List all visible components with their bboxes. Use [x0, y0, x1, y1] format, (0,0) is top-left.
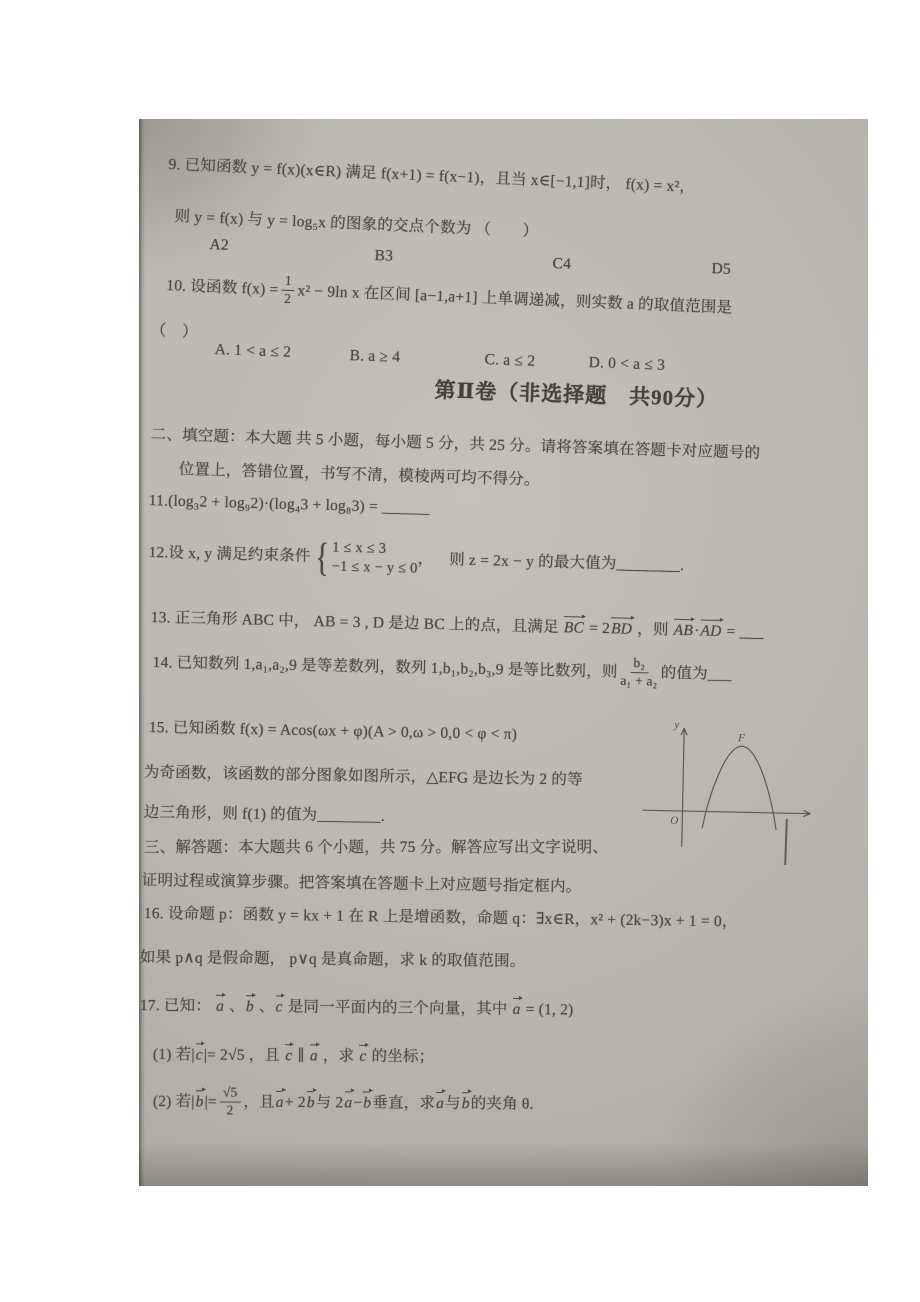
system-brace: {: [315, 539, 329, 575]
peak-label: F: [737, 732, 745, 744]
part-2-text-4: + 2: [285, 1093, 306, 1113]
y-axis-label: y: [673, 719, 679, 731]
question-10-option-a: A. 1 < a ≤ 2: [214, 340, 291, 362]
vector-b: b: [362, 1093, 372, 1112]
vector-c: c: [284, 1046, 293, 1065]
question-9-option-c: C4: [552, 254, 571, 274]
vector-BC: BC: [563, 618, 586, 638]
question-15-line-3: 边三角形，则 f(1) 的值为________.: [144, 803, 385, 826]
question-13: 13. 正三角形 ABC 中， AB = 3 , D 是边 BC 上的点，且满足…: [151, 608, 764, 642]
question-14: 14. 已知数列 1,a₁,a₂,9 是等差数列，数列 1,b₁,b₂,b₃,9…: [152, 646, 732, 691]
fraction-denominator: 2: [227, 1102, 234, 1118]
vector-c: c: [358, 1047, 367, 1066]
question-17-part-1: (1) 若|c|= 2√5 ，且 c ∥ a ，求 c 的坐标；: [153, 1045, 435, 1067]
question-10-text-b: x² − 9ln x 在区间 [a−1,a+1] 上单调递减，则实数 a 的取值…: [297, 281, 733, 318]
question-10-option-c: C. a ≤ 2: [484, 350, 535, 371]
part-3-intro-line-1: 三、解答题：本大题共 6 个小题，共 75 分。解答应写出文字说明、: [144, 838, 608, 857]
constraint-2: −1 ≤ x − y ≤ 0: [332, 557, 418, 578]
part-3-intro-line-2: 证明过程或演算步骤。把答案填在答题卡上对应题号指定框内。: [142, 871, 582, 897]
part-2-intro-line-1: 二、填空题：本大题 共 5 小题，每小题 5 分，共 25 分。请将答案填在答题…: [150, 425, 760, 464]
question-15-line-2: 为奇函数，该函数的部分图象如图所示，△EFG 是边长为 2 的等: [144, 763, 583, 790]
x-axis: [642, 810, 810, 814]
question-10-line-2: （ ）: [150, 321, 198, 342]
vector-a: a: [215, 997, 225, 1016]
constraint-system: 1 ≤ x ≤ 3 −1 ≤ x − y ≤ 0: [332, 538, 419, 578]
question-13-text-5: = ___: [722, 623, 763, 641]
question-12: 12.设 x, y 满足约束条件 { 1 ≤ x ≤ 3 −1 ≤ x − y …: [148, 534, 685, 585]
question-17-text-2: 是同一平面内的三个向量，其中: [284, 999, 512, 1018]
vector-c: c: [195, 1045, 204, 1064]
corner-shadow-top-left: [139, 119, 359, 299]
question-12-tail: 则 z = 2x − y 的最大值为________.: [433, 550, 684, 575]
vector-b: b: [306, 1093, 316, 1112]
question-9-option-b: B3: [374, 246, 393, 266]
origin-label: O: [670, 815, 678, 827]
question-12-comma: ，: [418, 550, 434, 570]
question-13-text-3: ，则: [633, 621, 673, 639]
question-17-part-2: (2) 若|b|= √52 ，且 a + 2b 与 2a − b 垂直，求 a …: [153, 1085, 534, 1120]
part-2-text-1: (2) 若|: [153, 1092, 195, 1112]
vector-b: b: [461, 1094, 471, 1113]
fraction-denominator: a₁ + a₂: [620, 673, 657, 690]
part-2-intro-line-2: 位置上，答错位置，书写不清，模棱两可均不得分。: [178, 460, 540, 490]
question-15-graph: y O F: [636, 715, 824, 859]
vector-b: b: [195, 1092, 205, 1111]
question-12-lead: 12.设 x, y 满足约束条件: [148, 543, 311, 566]
part-1-text-4: ，求: [319, 1047, 359, 1064]
fraction-numerator: √5: [220, 1085, 241, 1102]
exam-paper-photo: 9. 已知函数 y = f(x)(x∈R) 满足 f(x+1) = f(x−1)…: [139, 119, 868, 1186]
question-14-fraction: b₂a₁ + a₂: [620, 656, 658, 689]
question-16-line-1: 16. 设命题 p：函数 y = kx + 1 在 R 上是增函数，命题 q：∃…: [144, 904, 738, 932]
question-17-text-3: = (1, 2): [521, 1001, 573, 1019]
part-2-fraction: √52: [220, 1085, 241, 1118]
part-2-text-7: 垂直，求: [372, 1093, 435, 1113]
question-10-option-b: B. a ≥ 4: [349, 346, 400, 367]
vector-a: a: [435, 1094, 445, 1113]
vector-a: a: [275, 1093, 285, 1112]
page: { "q9": { "l1": "9. 已知函数 y = f(x)(x∈R) 满…: [0, 0, 920, 1302]
vector-BD: BD: [610, 619, 634, 639]
vector-a: a: [309, 1046, 319, 1065]
part-2-text-6: −: [353, 1093, 362, 1112]
question-11: 11.(log₃2 + log₉2)·(log₄3 + log₈3) = ___…: [148, 491, 429, 518]
question-14-text-1: 14. 已知数列 1,a₁,a₂,9 是等差数列，数列 1,b₁,b₂,b₃,9…: [152, 653, 617, 682]
constraint-1: 1 ≤ x ≤ 3: [332, 538, 418, 559]
question-9-option-d: D5: [711, 259, 731, 279]
part-1-text-1: (1) 若|: [153, 1046, 195, 1063]
question-15-line-1: 15. 已知函数 f(x) = Acos(ωx + φ)(A > 0,ω > 0…: [149, 718, 518, 744]
vector-b: b: [245, 997, 255, 1016]
question-10-option-d: D. 0 < a ≤ 3: [588, 353, 665, 375]
question-13-text-2: = 2: [585, 620, 610, 638]
question-17: 17. 已知： a 、b 、c 是同一平面内的三个向量，其中 a = (1, 2…: [140, 996, 574, 1020]
part-2-title: 第Ⅱ卷（非选择题 共90分）: [434, 377, 718, 413]
separator: 、: [255, 998, 275, 1015]
cosine-curve: [702, 745, 778, 830]
vector-AD: AD: [699, 621, 723, 641]
separator: 、: [225, 998, 245, 1015]
part-2-text-9: 的夹角 θ.: [471, 1094, 534, 1114]
part-2-text-5: 与 2: [316, 1093, 344, 1113]
vector-a: a: [512, 1000, 522, 1019]
vector-c: c: [274, 997, 283, 1016]
y-axis: [682, 728, 684, 847]
part-1-text-2: |= 2√5 ，且: [204, 1046, 285, 1064]
part-1-text-3: ∥: [293, 1047, 309, 1064]
question-13-text-1: 13. 正三角形 ABC 中， AB = 3 , D 是边 BC 上的点，且满足: [151, 609, 564, 636]
fraction-numerator: b₂: [630, 656, 648, 673]
corner-shadow-bottom-right: [608, 946, 868, 1186]
vector-a: a: [343, 1093, 353, 1112]
part-2-text-8: 与: [445, 1094, 461, 1113]
part-1-text-5: 的坐标；: [367, 1048, 434, 1066]
question-16-line-2: 如果 p∧q 是假命题， p∨q 是真命题，求 k 的取值范围。: [140, 948, 526, 971]
part-2-text-2: |=: [205, 1092, 217, 1111]
question-14-text-2: 的值为___: [661, 663, 732, 684]
vector-AB: AB: [672, 621, 694, 641]
part-2-text-3: ，且: [243, 1092, 275, 1112]
question-17-text-1: 17. 已知：: [140, 997, 215, 1015]
